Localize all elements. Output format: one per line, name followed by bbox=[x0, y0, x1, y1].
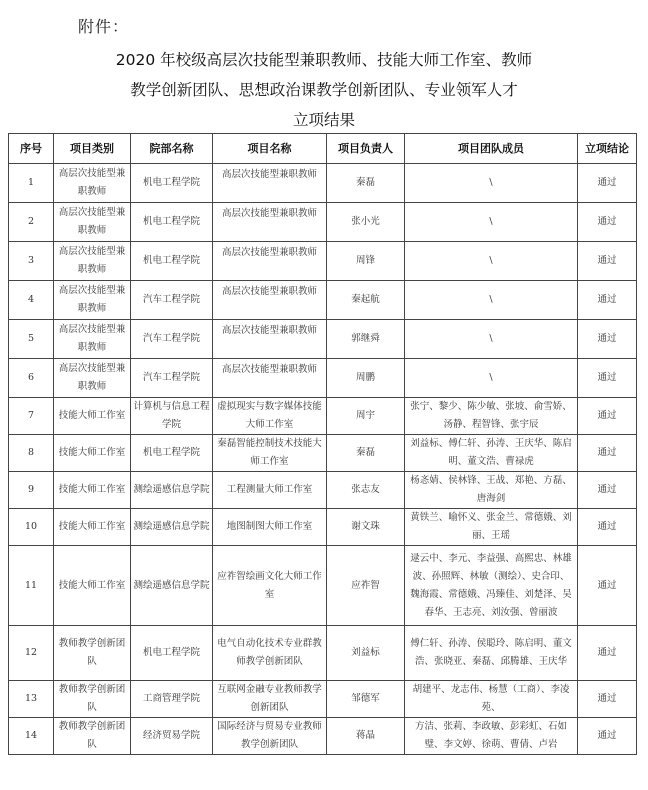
cell-result: 通过 bbox=[578, 359, 637, 398]
cell-department: 机电工程学院 bbox=[131, 435, 213, 472]
cell-result: 通过 bbox=[578, 472, 637, 509]
cell-serial-no: 9 bbox=[9, 472, 54, 509]
header-result: 立项结论 bbox=[578, 134, 637, 164]
cell-serial-no: 7 bbox=[9, 398, 54, 435]
cell-department: 机电工程学院 bbox=[131, 164, 213, 203]
cell-leader: 张志友 bbox=[327, 472, 405, 509]
cell-project-name: 互联网金融专业教师教学创新团队 bbox=[213, 681, 327, 718]
cell-department: 工商管理学院 bbox=[131, 681, 213, 718]
cell-result: 通过 bbox=[578, 546, 637, 626]
cell-leader: 周鹏 bbox=[327, 359, 405, 398]
cell-department: 汽车工程学院 bbox=[131, 359, 213, 398]
cell-team-members: 黄铁兰、喻怀义、张金兰、常德娥、刘丽、王瑶 bbox=[405, 509, 578, 546]
cell-category: 教师教学创新团队 bbox=[54, 718, 131, 755]
cell-category: 高层次技能型兼职教师 bbox=[54, 164, 131, 203]
cell-result: 通过 bbox=[578, 398, 637, 435]
cell-department: 汽车工程学院 bbox=[131, 320, 213, 359]
header-serial-no: 序号 bbox=[9, 134, 54, 164]
header-category: 项目类别 bbox=[54, 134, 131, 164]
table-row: 14 教师教学创新团队 经济贸易学院 国际经济与贸易专业教师教学创新团队 蒋晶 … bbox=[9, 718, 637, 755]
table-row: 3 高层次技能型兼职教师 机电工程学院 高层次技能型兼职教师 周锋 \ 通过 bbox=[9, 242, 637, 281]
cell-serial-no: 6 bbox=[9, 359, 54, 398]
cell-project-name: 地图制图大师工作室 bbox=[213, 509, 327, 546]
table-row: 7 技能大师工作室 计算机与信息工程学院 虚拟现实与数字媒体技能大师工作室 周宇… bbox=[9, 398, 637, 435]
cell-leader: 邹德军 bbox=[327, 681, 405, 718]
table-row: 6 高层次技能型兼职教师 汽车工程学院 高层次技能型兼职教师 周鹏 \ 通过 bbox=[9, 359, 637, 398]
cell-team-members: \ bbox=[405, 359, 578, 398]
cell-project-name: 高层次技能型兼职教师 bbox=[213, 359, 327, 398]
cell-team-members: \ bbox=[405, 203, 578, 242]
cell-project-name: 应祚智绘画文化大师工作室 bbox=[213, 546, 327, 626]
cell-serial-no: 3 bbox=[9, 242, 54, 281]
table-row: 12 教师教学创新团队 机电工程学院 电气自动化技术专业群教师教学创新团队 刘益… bbox=[9, 626, 637, 681]
table-row: 9 技能大师工作室 测绘遥感信息学院 工程测量大师工作室 张志友 杨忞婧、侯林锋… bbox=[9, 472, 637, 509]
document-title-line-2: 教学创新团队、思想政治课教学创新团队、专业领军人才 bbox=[0, 78, 648, 100]
cell-serial-no: 14 bbox=[9, 718, 54, 755]
cell-project-name: 电气自动化技术专业群教师教学创新团队 bbox=[213, 626, 327, 681]
cell-result: 通过 bbox=[578, 242, 637, 281]
cell-leader: 蒋晶 bbox=[327, 718, 405, 755]
cell-serial-no: 1 bbox=[9, 164, 54, 203]
header-department: 院部名称 bbox=[131, 134, 213, 164]
cell-leader: 周锋 bbox=[327, 242, 405, 281]
cell-category: 技能大师工作室 bbox=[54, 435, 131, 472]
cell-project-name: 虚拟现实与数字媒体技能大师工作室 bbox=[213, 398, 327, 435]
cell-category: 技能大师工作室 bbox=[54, 398, 131, 435]
cell-serial-no: 2 bbox=[9, 203, 54, 242]
cell-department: 机电工程学院 bbox=[131, 203, 213, 242]
header-leader: 项目负责人 bbox=[327, 134, 405, 164]
cell-result: 通过 bbox=[578, 509, 637, 546]
cell-department: 汽车工程学院 bbox=[131, 281, 213, 320]
cell-team-members: 胡建平、龙志伟、杨慧（工商）、李凌苑、 bbox=[405, 681, 578, 718]
cell-category: 高层次技能型兼职教师 bbox=[54, 203, 131, 242]
table-row: 4 高层次技能型兼职教师 汽车工程学院 高层次技能型兼职教师 秦起航 \ 通过 bbox=[9, 281, 637, 320]
table-row: 10 技能大师工作室 测绘遥感信息学院 地图制图大师工作室 谢文珠 黄铁兰、喻怀… bbox=[9, 509, 637, 546]
cell-category: 教师教学创新团队 bbox=[54, 681, 131, 718]
table-row: 11 技能大师工作室 测绘遥感信息学院 应祚智绘画文化大师工作室 应祚智 逯云中… bbox=[9, 546, 637, 626]
cell-leader: 秦起航 bbox=[327, 281, 405, 320]
cell-category: 技能大师工作室 bbox=[54, 509, 131, 546]
cell-project-name: 高层次技能型兼职教师 bbox=[213, 320, 327, 359]
cell-department: 计算机与信息工程学院 bbox=[131, 398, 213, 435]
cell-serial-no: 8 bbox=[9, 435, 54, 472]
cell-team-members: \ bbox=[405, 281, 578, 320]
cell-project-name: 秦磊智能控制技术技能大师工作室 bbox=[213, 435, 327, 472]
cell-team-members: 张宁、黎少、陈少敏、张坡、俞雪娇、汤静、程智锋、张宇辰 bbox=[405, 398, 578, 435]
cell-serial-no: 12 bbox=[9, 626, 54, 681]
table-row: 2 高层次技能型兼职教师 机电工程学院 高层次技能型兼职教师 张小光 \ 通过 bbox=[9, 203, 637, 242]
cell-department: 测绘遥感信息学院 bbox=[131, 509, 213, 546]
table-row: 13 教师教学创新团队 工商管理学院 互联网金融专业教师教学创新团队 邹德军 胡… bbox=[9, 681, 637, 718]
cell-leader: 秦磊 bbox=[327, 164, 405, 203]
cell-department: 机电工程学院 bbox=[131, 242, 213, 281]
table-row: 1 高层次技能型兼职教师 机电工程学院 高层次技能型兼职教师 秦磊 \ 通过 bbox=[9, 164, 637, 203]
header-team-members: 项目团队成员 bbox=[405, 134, 578, 164]
cell-category: 技能大师工作室 bbox=[54, 546, 131, 626]
cell-team-members: \ bbox=[405, 164, 578, 203]
cell-result: 通过 bbox=[578, 626, 637, 681]
cell-department: 测绘遥感信息学院 bbox=[131, 472, 213, 509]
cell-department: 机电工程学院 bbox=[131, 626, 213, 681]
cell-result: 通过 bbox=[578, 320, 637, 359]
cell-leader: 张小光 bbox=[327, 203, 405, 242]
cell-leader: 秦磊 bbox=[327, 435, 405, 472]
document-title-line-3: 立项结果 bbox=[0, 108, 648, 130]
cell-result: 通过 bbox=[578, 281, 637, 320]
cell-category: 高层次技能型兼职教师 bbox=[54, 281, 131, 320]
cell-serial-no: 13 bbox=[9, 681, 54, 718]
cell-project-name: 国际经济与贸易专业教师教学创新团队 bbox=[213, 718, 327, 755]
cell-result: 通过 bbox=[578, 164, 637, 203]
cell-project-name: 高层次技能型兼职教师 bbox=[213, 242, 327, 281]
cell-result: 通过 bbox=[578, 203, 637, 242]
cell-leader: 周宇 bbox=[327, 398, 405, 435]
attachment-label: 附件： bbox=[78, 14, 129, 37]
cell-team-members: 刘益标、傅仁轩、孙涛、王庆华、陈启明、董文浩、曹禄虎 bbox=[405, 435, 578, 472]
cell-leader: 谢文珠 bbox=[327, 509, 405, 546]
cell-team-members: \ bbox=[405, 320, 578, 359]
cell-category: 技能大师工作室 bbox=[54, 472, 131, 509]
cell-project-name: 高层次技能型兼职教师 bbox=[213, 164, 327, 203]
table-row: 8 技能大师工作室 机电工程学院 秦磊智能控制技术技能大师工作室 秦磊 刘益标、… bbox=[9, 435, 637, 472]
table-header-row: 序号 项目类别 院部名称 项目名称 项目负责人 项目团队成员 立项结论 bbox=[9, 134, 637, 164]
cell-category: 高层次技能型兼职教师 bbox=[54, 320, 131, 359]
cell-team-members: \ bbox=[405, 242, 578, 281]
cell-project-name: 高层次技能型兼职教师 bbox=[213, 281, 327, 320]
cell-category: 高层次技能型兼职教师 bbox=[54, 242, 131, 281]
results-table: 序号 项目类别 院部名称 项目名称 项目负责人 项目团队成员 立项结论 1 高层… bbox=[8, 133, 637, 755]
cell-team-members: 方洁、张莉、李政敏、彭彩虹、石如璧、李文婷、徐萌、曹倩、卢岩 bbox=[405, 718, 578, 755]
cell-result: 通过 bbox=[578, 435, 637, 472]
cell-leader: 应祚智 bbox=[327, 546, 405, 626]
cell-project-name: 工程测量大师工作室 bbox=[213, 472, 327, 509]
table-row: 5 高层次技能型兼职教师 汽车工程学院 高层次技能型兼职教师 郭继舜 \ 通过 bbox=[9, 320, 637, 359]
cell-serial-no: 4 bbox=[9, 281, 54, 320]
header-project-name: 项目名称 bbox=[213, 134, 327, 164]
cell-category: 教师教学创新团队 bbox=[54, 626, 131, 681]
cell-leader: 郭继舜 bbox=[327, 320, 405, 359]
cell-department: 测绘遥感信息学院 bbox=[131, 546, 213, 626]
cell-project-name: 高层次技能型兼职教师 bbox=[213, 203, 327, 242]
cell-category: 高层次技能型兼职教师 bbox=[54, 359, 131, 398]
cell-serial-no: 10 bbox=[9, 509, 54, 546]
cell-team-members: 逯云中、李元、李益强、高熙忠、林雄波、孙照辉、林敏（测绘）、史合印、魏海霞、常德… bbox=[405, 546, 578, 626]
cell-result: 通过 bbox=[578, 681, 637, 718]
cell-team-members: 杨忞婧、侯林锋、王战、郑艳、方磊、唐海剑 bbox=[405, 472, 578, 509]
document-title-line-1: 2020 年校级高层次技能型兼职教师、技能大师工作室、教师 bbox=[0, 48, 648, 70]
cell-result: 通过 bbox=[578, 718, 637, 755]
cell-leader: 刘益标 bbox=[327, 626, 405, 681]
cell-team-members: 傅仁轩、孙涛、侯聪玲、陈启明、董文浩、张晓亚、秦磊、邱腾雄、王庆华 bbox=[405, 626, 578, 681]
cell-serial-no: 11 bbox=[9, 546, 54, 626]
cell-serial-no: 5 bbox=[9, 320, 54, 359]
cell-department: 经济贸易学院 bbox=[131, 718, 213, 755]
